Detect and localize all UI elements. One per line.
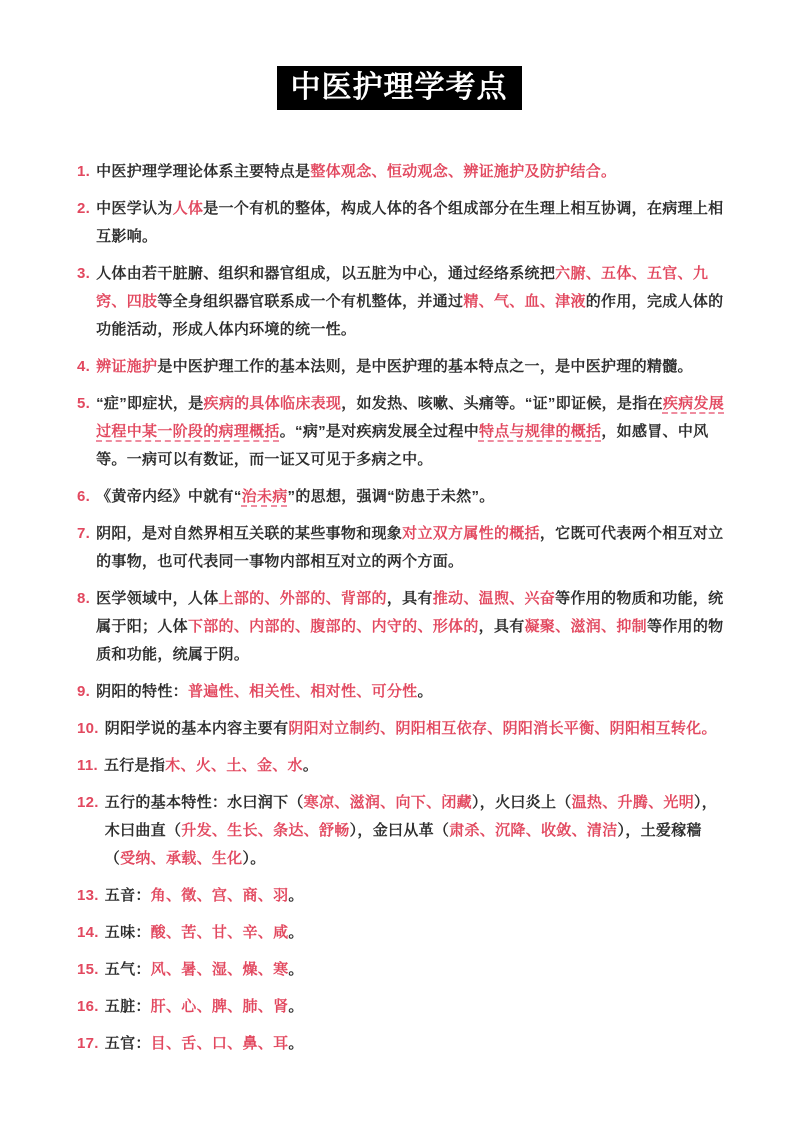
- plain-text: 五气：: [105, 961, 151, 978]
- plain-text: 五脏：: [105, 998, 151, 1015]
- item-text: 《黄帝内经》中就有“治未病”的思想，强调“防患于未然”。: [96, 483, 494, 511]
- item-text: 五行的基本特性：水曰润下（寒凉、滋润、向下、闭藏），火曰炎上（温热、升腾、光明）…: [105, 789, 732, 873]
- item-number: 3.: [77, 260, 90, 288]
- item-number: 4.: [77, 353, 90, 381]
- plain-text: ），金曰从革（: [350, 822, 450, 839]
- highlighted-text: 下部的、内部的、腹部的、内守的、形体的: [188, 618, 479, 635]
- list-item: 8.医学领域中，人体上部的、外部的、背部的，具有推动、温煦、兴奋等作用的物质和功…: [77, 585, 732, 669]
- plain-text: 五行是指: [104, 757, 165, 774]
- key-points-list: 1.中医护理学理论体系主要特点是整体观念、恒动观念、辨证施护及防护结合。2.中医…: [0, 158, 798, 1058]
- item-number: 12.: [77, 789, 99, 817]
- list-item: 7.阴阳，是对自然界相互关联的某些事物和现象对立双方属性的概括，它既可代表两个相…: [77, 520, 732, 576]
- plain-text: 。“病”是对疾病发展全过程中: [280, 423, 479, 440]
- page-title: 中医护理学考点: [277, 66, 522, 110]
- plain-text: 。: [288, 998, 303, 1015]
- plain-text: ”的思想，强调“防患于未然”。: [288, 488, 495, 505]
- highlighted-text: 寒凉、滋润、向下、闭藏: [304, 794, 472, 811]
- list-item: 16.五脏：肝、心、脾、肺、肾。: [77, 993, 732, 1021]
- list-item: 17.五官：目、舌、口、鼻、耳。: [77, 1030, 732, 1058]
- item-text: 五味：酸、苦、甘、辛、咸。: [105, 919, 304, 947]
- highlighted-text: 整体观念、恒动观念、辨证施护及防护结合。: [310, 163, 616, 180]
- list-item: 2.中医学认为人体是一个有机的整体，构成人体的各个组成部分在生理上相互协调，在病…: [77, 195, 732, 251]
- item-number: 10.: [77, 715, 99, 743]
- item-number: 7.: [77, 520, 90, 548]
- item-text: 阴阳学说的基本内容主要有阴阳对立制约、阴阳相互依存、阴阳消长平衡、阴阳相互转化。: [105, 715, 717, 743]
- item-number: 1.: [77, 158, 90, 186]
- highlighted-text: 风、暑、湿、燥、寒: [151, 961, 289, 978]
- item-text: 辨证施护是中医护理工作的基本法则，是中医护理的基本特点之一，是中医护理的精髓。: [96, 353, 693, 381]
- item-text: 五脏：肝、心、脾、肺、肾。: [105, 993, 304, 1021]
- plain-text: 人体由若干脏腑、组织和器官组成，以五脏为中心，通过经络系统把: [96, 265, 555, 282]
- item-number: 2.: [77, 195, 90, 223]
- item-number: 6.: [77, 483, 90, 511]
- highlighted-text: 阴阳对立制约、阴阳相互依存、阴阳消长平衡、阴阳相互转化。: [288, 720, 716, 737]
- item-number: 8.: [77, 585, 90, 613]
- plain-text: ）。: [242, 850, 265, 867]
- plain-text: 五音：: [105, 887, 151, 904]
- highlighted-text: 升发、生长、条达、舒畅: [181, 822, 349, 839]
- plain-text: 等全身组织器官联系成一个有机整体，并通过: [157, 293, 463, 310]
- item-text: 五行是指木、火、土、金、水。: [104, 752, 318, 780]
- item-text: “症”即症状，是疾病的具体临床表现，如发热、咳嗽、头痛等。“证”即证候，是指在疾…: [96, 390, 732, 474]
- list-item: 3.人体由若干脏腑、组织和器官组成，以五脏为中心，通过经络系统把六腑、五体、五官…: [77, 260, 732, 344]
- plain-text: 是中医护理工作的基本法则，是中医护理的基本特点之一，是中医护理的精髓。: [157, 358, 693, 375]
- plain-text: ，如发热、咳嗽、头痛等。“证”即证候，是指在: [341, 395, 663, 412]
- highlighted-text: 木、火、土、金、水: [165, 757, 303, 774]
- item-number: 5.: [77, 390, 90, 418]
- plain-text: 。: [303, 757, 318, 774]
- plain-text: 。: [288, 924, 303, 941]
- highlighted-text: 人体: [173, 200, 204, 217]
- plain-text: 阴阳的特性：: [96, 683, 188, 700]
- item-number: 11.: [77, 752, 98, 780]
- list-item: 11.五行是指木、火、土、金、水。: [77, 752, 732, 780]
- plain-text: 五味：: [105, 924, 151, 941]
- plain-text: ，具有: [479, 618, 525, 635]
- highlighted-text: 疾病的具体临床表现: [204, 395, 342, 412]
- item-text: 阴阳，是对自然界相互关联的某些事物和现象对立双方属性的概括，它既可代表两个相互对…: [96, 520, 732, 576]
- highlighted-text: 肃杀、沉降、收敛、清洁: [449, 822, 617, 839]
- plain-text: 《黄帝内经》中就有“: [96, 488, 242, 505]
- plain-text: ），火曰炎上（: [472, 794, 572, 811]
- highlighted-text: 精、气、血、津液: [463, 293, 585, 310]
- highlighted-text: 凝聚、滋润、抑制: [525, 618, 647, 635]
- list-item: 5.“症”即症状，是疾病的具体临床表现，如发热、咳嗽、头痛等。“证”即证候，是指…: [77, 390, 732, 474]
- plain-text: ，具有: [387, 590, 433, 607]
- plain-text: 中医护理学理论体系主要特点是: [96, 163, 310, 180]
- plain-text: 。: [288, 961, 303, 978]
- highlighted-text: 受纳、承载、生化: [120, 850, 242, 867]
- highlighted-text: 上部的、外部的、背部的: [219, 590, 387, 607]
- item-number: 13.: [77, 882, 99, 910]
- item-text: 中医学认为人体是一个有机的整体，构成人体的各个组成部分在生理上相互协调，在病理上…: [96, 195, 732, 251]
- item-text: 阴阳的特性：普遍性、相关性、相对性、可分性。: [96, 678, 433, 706]
- highlighted-text: 辨证施护: [96, 358, 157, 375]
- plain-text: 五官：: [105, 1035, 151, 1052]
- plain-text: 。: [417, 683, 432, 700]
- highlighted-text: 推动、温煦、兴奋: [433, 590, 555, 607]
- plain-text: 五行的基本特性：水曰润下（: [105, 794, 304, 811]
- item-number: 17.: [77, 1030, 99, 1058]
- highlighted-text: 肝、心、脾、肺、肾: [151, 998, 289, 1015]
- highlighted-text: 特点与规律的概括: [479, 423, 601, 440]
- plain-text: 。: [288, 887, 303, 904]
- highlighted-text: 温热、升腾、光明: [572, 794, 694, 811]
- list-item: 13.五音：角、徵、宫、商、羽。: [77, 882, 732, 910]
- plain-text: 医学领域中，人体: [96, 590, 218, 607]
- item-text: 人体由若干脏腑、组织和器官组成，以五脏为中心，通过经络系统把六腑、五体、五官、九…: [96, 260, 732, 344]
- item-text: 五气：风、暑、湿、燥、寒。: [105, 956, 304, 984]
- highlighted-text: 酸、苦、甘、辛、咸: [151, 924, 289, 941]
- highlighted-text: 治未病: [242, 488, 288, 505]
- list-item: 15.五气：风、暑、湿、燥、寒。: [77, 956, 732, 984]
- plain-text: 。: [288, 1035, 303, 1052]
- item-text: 五音：角、徵、宫、商、羽。: [105, 882, 304, 910]
- plain-text: 中医学认为: [96, 200, 173, 217]
- item-number: 15.: [77, 956, 99, 984]
- plain-text: “症”即症状，是: [96, 395, 203, 412]
- list-item: 6.《黄帝内经》中就有“治未病”的思想，强调“防患于未然”。: [77, 483, 732, 511]
- list-item: 1.中医护理学理论体系主要特点是整体观念、恒动观念、辨证施护及防护结合。: [77, 158, 732, 186]
- plain-text: 阴阳学说的基本内容主要有: [105, 720, 289, 737]
- highlighted-text: 普遍性、相关性、相对性、可分性: [188, 683, 418, 700]
- item-number: 9.: [77, 678, 90, 706]
- title-wrapper: 中医护理学考点: [0, 0, 798, 110]
- list-item: 14.五味：酸、苦、甘、辛、咸。: [77, 919, 732, 947]
- item-text: 医学领域中，人体上部的、外部的、背部的，具有推动、温煦、兴奋等作用的物质和功能，…: [96, 585, 732, 669]
- highlighted-text: 角、徵、宫、商、羽: [151, 887, 289, 904]
- plain-text: 阴阳，是对自然界相互关联的某些事物和现象: [96, 525, 402, 542]
- item-text: 五官：目、舌、口、鼻、耳。: [105, 1030, 304, 1058]
- list-item: 12.五行的基本特性：水曰润下（寒凉、滋润、向下、闭藏），火曰炎上（温热、升腾、…: [77, 789, 732, 873]
- list-item: 9.阴阳的特性：普遍性、相关性、相对性、可分性。: [77, 678, 732, 706]
- highlighted-text: 对立双方属性的概括: [402, 525, 540, 542]
- list-item: 10.阴阳学说的基本内容主要有阴阳对立制约、阴阳相互依存、阴阳消长平衡、阴阳相互…: [77, 715, 732, 743]
- item-number: 14.: [77, 919, 99, 947]
- list-item: 4.辨证施护是中医护理工作的基本法则，是中医护理的基本特点之一，是中医护理的精髓…: [77, 353, 732, 381]
- item-text: 中医护理学理论体系主要特点是整体观念、恒动观念、辨证施护及防护结合。: [96, 158, 616, 186]
- document-page: 中医护理学考点 1.中医护理学理论体系主要特点是整体观念、恒动观念、辨证施护及防…: [0, 0, 798, 1122]
- item-number: 16.: [77, 993, 99, 1021]
- highlighted-text: 目、舌、口、鼻、耳: [151, 1035, 289, 1052]
